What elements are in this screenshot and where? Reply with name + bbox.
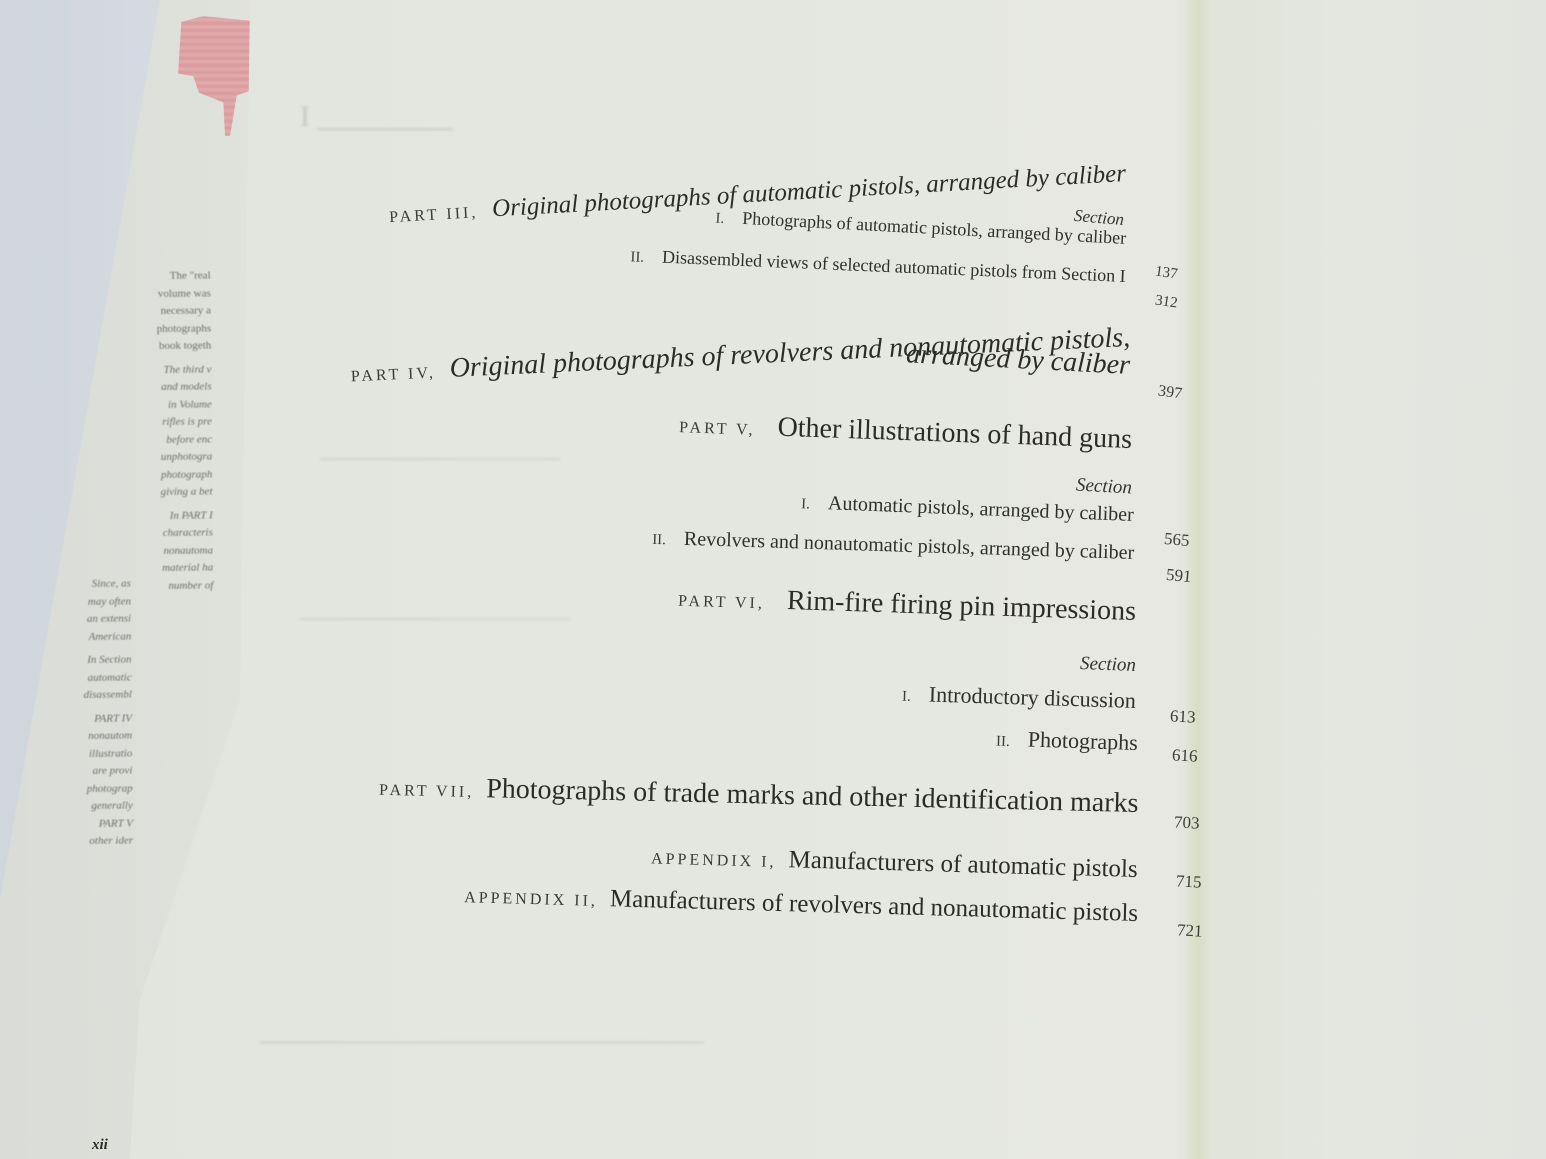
page-number: 703 [1173,812,1200,833]
right-facing-page [1200,0,1546,1159]
fragment-line: PART IV [94,712,132,724]
section-number: II. [652,532,666,548]
fragment-line: The third v [164,363,212,375]
fragment-line: book togeth [159,339,211,351]
part-label: PART VII, [378,782,473,801]
page-number: 591 [1165,565,1192,587]
bleed-through-text: ___________________________ [300,600,570,623]
fragment-line: rifles is pre [162,415,212,427]
fragment-line: The "real [170,269,211,281]
section-number: I. [902,689,911,705]
fragment-line: photograp [87,782,133,794]
page-number: 721 [1176,920,1203,941]
fragment-line: generally [91,800,133,812]
fragment-line: an extensi [87,613,131,625]
section-number: II. [996,734,1010,750]
fragment-line: volume was [158,287,211,299]
part-label: PART VI, [678,593,765,613]
fragment-line: unphotogra [161,450,212,462]
fragment-line: Since, as [92,578,131,590]
section-number: I. [715,210,725,226]
underlying-page-text-lower: Since, as may often an extensi American … [19,576,133,857]
fragment-line: necessary a [160,304,210,316]
fragment-line: are provi [93,765,133,777]
page-number: 137 [1154,264,1179,284]
bleed-through-text: ________________________ [320,440,560,463]
fragment-line: photographs [157,322,211,334]
underlying-page-text: The "real volume was necessary a photogr… [91,267,214,601]
page-number: 397 [1157,382,1183,403]
appendix-label: APPENDIX I, [651,850,777,870]
fragment-line: number of [168,579,213,591]
fragment-line: may often [88,595,131,607]
appendix-label: APPENDIX II, [464,889,598,910]
page-number: 565 [1163,529,1190,551]
bleed-through-text: _____________________________________ [260,1020,704,1047]
fragment-line: disassembl [83,689,131,701]
fragment-line: photograph [161,468,212,480]
part-label: PART V, [679,419,756,439]
section-number: I. [801,496,810,512]
toc-section: II. Photographs [996,726,1138,756]
fragment-line: PART V [99,817,133,829]
page-number: 616 [1171,745,1198,766]
part-label: PART III, [389,204,479,226]
fragment-line: and models [161,380,212,392]
fragment-line: material ha [162,561,213,573]
fragment-line: nonautom [88,730,132,742]
folio-page-number: xii [92,1137,108,1154]
bleed-through-text: _________ I [300,100,453,134]
fragment-line: characteris [163,526,213,538]
section-heading: Section [1080,653,1137,677]
section-heading: Section [1076,475,1133,500]
page-number: 715 [1175,871,1202,892]
section-title: Introductory discussion [929,681,1137,712]
page-number: 613 [1169,706,1196,727]
section-number: II. [630,249,644,266]
fragment-line: giving a bet [161,485,213,497]
fragment-line: before enc [166,433,212,445]
fragment-line: nonautoma [163,544,213,556]
part-label: PART IV, [350,365,436,386]
page-number: 312 [1154,293,1179,313]
fragment-line: In Section [87,654,131,666]
fragment-line: illustratio [89,747,133,759]
fragment-line: automatic [88,671,132,683]
fragment-line: other ider [89,835,133,847]
section-title: Photographs [1028,727,1139,755]
fragment-line: in Volume [168,398,212,410]
fragment-line: In PART I [170,509,213,521]
fragment-line: American [88,630,131,642]
